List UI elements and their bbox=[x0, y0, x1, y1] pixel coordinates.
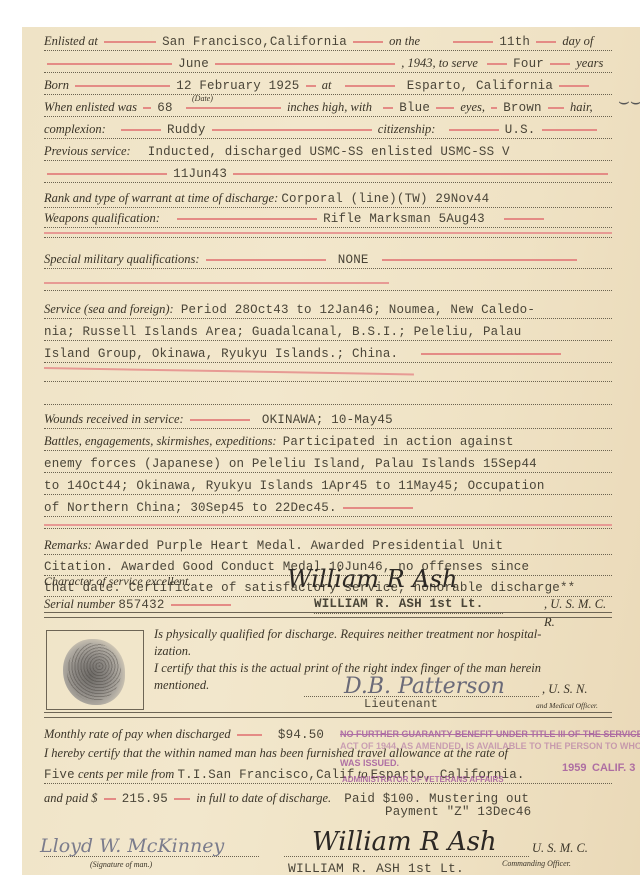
service-row-3: Island Group, Okinawa, Ryukyu Islands.; … bbox=[44, 344, 612, 363]
remarks-line1: Awarded Purple Heart Medal. Awarded Pres… bbox=[95, 539, 503, 553]
enlist-day: 11th bbox=[499, 35, 530, 49]
enlist-month: June bbox=[178, 57, 209, 71]
va-stamp-code: CALIF. 3 bbox=[592, 762, 635, 774]
medical-section: Is physically qualified for discharge. R… bbox=[44, 612, 612, 712]
service-line2: nia; Russell Islands Area; Guadalcanal, … bbox=[44, 325, 521, 339]
born-label: Born bbox=[44, 78, 69, 92]
complexion-value: Ruddy bbox=[167, 123, 206, 137]
fingerprint-image bbox=[63, 639, 125, 705]
rank-row: Rank and type of warrant at time of disc… bbox=[44, 189, 612, 208]
medical-text-1: Is physically qualified for discharge. R… bbox=[154, 626, 614, 643]
inches-label: inches high, with bbox=[287, 100, 372, 114]
co-signature: William R Ash bbox=[312, 827, 497, 857]
citizenship-label: citizenship: bbox=[378, 122, 436, 136]
height-label: When enlisted was bbox=[44, 100, 137, 114]
man-signature-line bbox=[44, 856, 259, 857]
eyes-label: eyes, bbox=[460, 100, 485, 114]
co-signature-line bbox=[284, 856, 529, 857]
service-row-1: Service (sea and foreign): Period 28Oct4… bbox=[44, 300, 612, 319]
birth-date: 12 February 1925 bbox=[176, 79, 299, 93]
eyes-value: Blue bbox=[399, 101, 430, 115]
man-signature-caption: (Signature of man.) bbox=[90, 860, 152, 869]
va-stamp-line-1: NO FURTHER GUARANTY BENEFIT UNDER TITLE … bbox=[340, 729, 640, 739]
complexion-label: complexion: bbox=[44, 122, 106, 136]
service-row-2: nia; Russell Islands Area; Guadalcanal, … bbox=[44, 322, 612, 341]
co-signature-upper: William R Ash bbox=[287, 565, 457, 593]
special-qualifications-row: Special military qualifications: NONE bbox=[44, 250, 612, 269]
born-row: Born 12 February 1925 at Esparto, Califo… bbox=[44, 76, 612, 95]
previous-service-line1: Inducted, discharged USMC-SS enlisted US… bbox=[148, 145, 510, 159]
character-label: Character of service excellent. bbox=[44, 574, 191, 589]
medical-officer-rank: Lieutenant bbox=[364, 697, 438, 711]
in-full-label: in full to date of discharge. bbox=[196, 791, 331, 805]
battles-line1: Participated in action against bbox=[283, 435, 514, 449]
service-label: Service (sea and foreign): bbox=[44, 302, 174, 316]
mustering-note-1: Paid $100. Mustering out bbox=[344, 792, 529, 806]
co-caption: Commanding Officer. bbox=[502, 859, 571, 868]
wounds-row: Wounds received in service: OKINAWA; 10-… bbox=[44, 410, 612, 429]
va-stamp-line-3: WAS ISSUED. bbox=[340, 758, 399, 768]
blank-line bbox=[44, 364, 612, 382]
fingerprint-box bbox=[46, 630, 144, 710]
monthly-pay-label: Monthly rate of pay when discharged bbox=[44, 727, 231, 741]
enlisted-at-row: Enlisted at San Francisco,California on … bbox=[44, 32, 612, 51]
divider bbox=[44, 712, 612, 718]
on-the-label: on the bbox=[389, 34, 420, 48]
day-of-label: day of bbox=[562, 34, 593, 48]
special-qualifications-value: NONE bbox=[338, 253, 369, 267]
wounds-value: OKINAWA; 10-May45 bbox=[262, 413, 393, 427]
serial-value: 857432 bbox=[118, 598, 164, 613]
height-value: 68 bbox=[157, 101, 172, 115]
remarks-label: Remarks: bbox=[44, 538, 92, 552]
travel-from: T.I.San Francisco,Calif bbox=[177, 768, 354, 782]
wounds-label: Wounds received in service: bbox=[44, 412, 184, 426]
previous-service-line2: 11Jun43 bbox=[173, 167, 227, 181]
paper-clip-mark: ⌣⌣ bbox=[618, 91, 640, 112]
hair-value: Brown bbox=[503, 101, 542, 115]
battles-row-2: enemy forces (Japanese) on Peleliu Islan… bbox=[44, 454, 612, 473]
term-value: Four bbox=[513, 57, 544, 71]
previous-service-row: Previous service: Inducted, discharged U… bbox=[44, 142, 612, 161]
blank-line bbox=[44, 275, 612, 291]
man-signature: Lloyd W. McKinney bbox=[40, 835, 224, 857]
hair-label: hair, bbox=[570, 100, 593, 114]
battles-row-1: Battles, engagements, skirmishes, expedi… bbox=[44, 432, 612, 451]
remarks-row-1: Remarks: Awarded Purple Heart Medal. Awa… bbox=[44, 536, 612, 555]
per-mile-label: cents per mile from bbox=[78, 767, 174, 781]
height-row: When enlisted was 68 inches high, with B… bbox=[44, 98, 612, 117]
rank-value: Corporal (line)(TW) 29Nov44 bbox=[281, 192, 489, 206]
birth-place: Esparto, California bbox=[407, 79, 553, 93]
blank-line bbox=[44, 387, 612, 405]
co-branch: U. S. M. C. bbox=[532, 841, 588, 856]
service-line1: Period 28Oct43 to 12Jan46; Noumea, New C… bbox=[181, 303, 535, 317]
at-label: at bbox=[322, 78, 332, 92]
to-serve-label: , to serve bbox=[432, 56, 477, 70]
medical-officer-title: and Medical Officer. bbox=[536, 701, 598, 710]
blank-line bbox=[44, 513, 612, 529]
battles-line2: enemy forces (Japanese) on Peleliu Islan… bbox=[44, 457, 537, 471]
years-label: years bbox=[576, 56, 603, 70]
discharge-document: Enlisted at San Francisco,California on … bbox=[22, 27, 640, 875]
va-stamp-line-4: ADMINISTRATOR OF VETERANS AFFAIRS bbox=[342, 775, 504, 784]
rank-label: Rank and type of warrant at time of disc… bbox=[44, 191, 278, 205]
battles-label: Battles, engagements, skirmishes, expedi… bbox=[44, 434, 277, 448]
paid-label: and paid $ bbox=[44, 791, 97, 805]
co-name: WILLIAM R. ASH 1st Lt. bbox=[288, 861, 464, 876]
travel-row: Five cents per mile from T.I.San Francis… bbox=[44, 765, 612, 784]
enlisted-at-value: San Francisco,California bbox=[162, 35, 347, 49]
enlisted-month-row: June , 1943, to serve Four years bbox=[44, 54, 612, 73]
enlisted-at-label: Enlisted at bbox=[44, 34, 98, 48]
travel-rate: Five bbox=[44, 768, 75, 782]
previous-service-row-2: 11Jun43 bbox=[44, 164, 612, 183]
mustering-note-2: Payment "Z" 13Dec46 bbox=[385, 805, 531, 819]
usn-label: , U. S. N. bbox=[542, 682, 588, 697]
blank-line bbox=[44, 222, 612, 238]
medical-text-2: ization. bbox=[154, 643, 614, 660]
paid-value: 215.95 bbox=[122, 792, 168, 806]
serial-label: Serial number bbox=[44, 597, 115, 611]
monthly-pay-value: $94.50 bbox=[278, 728, 324, 742]
citizenship-value: U.S. bbox=[505, 123, 536, 137]
serial-row: Serial number 857432 WILLIAM R. ASH 1st … bbox=[44, 595, 612, 613]
enlist-year: 1943 bbox=[407, 56, 432, 70]
va-stamp-date: 1959 bbox=[562, 762, 586, 774]
previous-service-label: Previous service: bbox=[44, 144, 131, 158]
battles-line3: to 14Oct44; Okinawa, Ryukyu Islands 1Apr… bbox=[44, 479, 545, 493]
special-qualifications-label: Special military qualifications: bbox=[44, 252, 200, 266]
battles-row-3: to 14Oct44; Okinawa, Ryukyu Islands 1Apr… bbox=[44, 476, 612, 495]
service-line3: Island Group, Okinawa, Ryukyu Islands.; … bbox=[44, 347, 398, 361]
va-stamp-line-2: ACT OF 1944, AS AMENDED, IS AVAILABLE TO… bbox=[340, 741, 640, 751]
complexion-row: complexion: Ruddy citizenship: U.S. bbox=[44, 120, 612, 139]
